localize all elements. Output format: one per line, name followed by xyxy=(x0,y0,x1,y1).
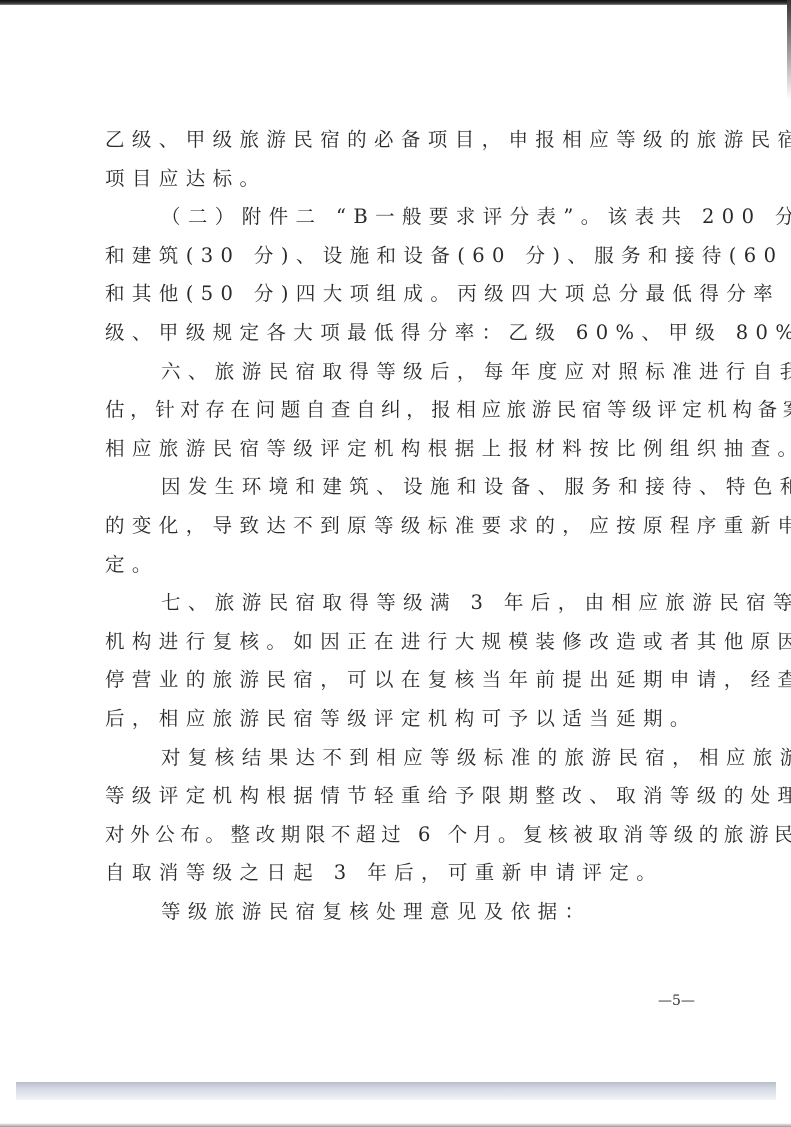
text-line: 六、旅游民宿取得等级后，每年度应对照标准进行自我评 xyxy=(105,353,695,392)
scan-bottom-edge xyxy=(0,1123,791,1127)
scan-top-edge xyxy=(0,0,791,5)
text-line: 后，相应旅游民宿等级评定机构可予以适当延期。 xyxy=(105,700,695,739)
scan-bottom-shadow xyxy=(16,1082,776,1100)
text-line: （二）附件二 “B一般要求评分表”。该表共 200 分，由环境 xyxy=(105,198,695,237)
text-line: 乙级、甲级旅游民宿的必备项目，申报相应等级的旅游民宿每个 xyxy=(105,121,695,160)
text-line: 的变化，导致达不到原等级标准要求的，应按原程序重新申请评 xyxy=(105,507,695,546)
text-line: 等级旅游民宿复核处理意见及依据： xyxy=(105,893,695,932)
page-number: —5— xyxy=(658,993,695,1009)
text-line: 级、甲级规定各大项最低得分率：乙级 60%、甲级 80%。 xyxy=(105,314,695,353)
text-line: 项目应达标。 xyxy=(105,160,695,199)
text-line: 相应旅游民宿等级评定机构根据上报材料按比例组织抽查。 xyxy=(105,430,695,469)
text-line: 七、旅游民宿取得等级满 3 年后，由相应旅游民宿等级评定 xyxy=(105,584,695,623)
text-line: 估，针对存在问题自查自纠，报相应旅游民宿等级评定机构备案。 xyxy=(105,391,695,430)
text-line: 等级评定机构根据情节轻重给予限期整改、取消等级的处理，并 xyxy=(105,777,695,816)
text-line: 对复核结果达不到相应等级标准的旅游民宿，相应旅游民宿 xyxy=(105,739,695,778)
text-line: 停营业的旅游民宿，可以在复核当年前提出延期申请，经查属实 xyxy=(105,661,695,700)
text-line: 机构进行复核。如因正在进行大规模装修改造或者其他原因而暂 xyxy=(105,623,695,662)
text-line: 和其他(50 分)四大项组成。丙级四大项总分最低得分率 40%，乙 xyxy=(105,275,695,314)
text-line: 定。 xyxy=(105,546,695,585)
text-line: 自取消等级之日起 3 年后，可重新申请评定。 xyxy=(105,854,695,893)
text-line: 对外公布。整改期限不超过 6 个月。复核被取消等级的旅游民宿， xyxy=(105,816,695,855)
scan-right-edge xyxy=(787,0,791,100)
text-line: 因发生环境和建筑、设施和设备、服务和接待、特色和其他 xyxy=(105,468,695,507)
text-line: 和建筑(30 分)、设施和设备(60 分)、服务和接待(60 分)、特色 xyxy=(105,237,695,276)
document-body: 乙级、甲级旅游民宿的必备项目，申报相应等级的旅游民宿每个 项目应达标。 （二）附… xyxy=(105,121,695,931)
